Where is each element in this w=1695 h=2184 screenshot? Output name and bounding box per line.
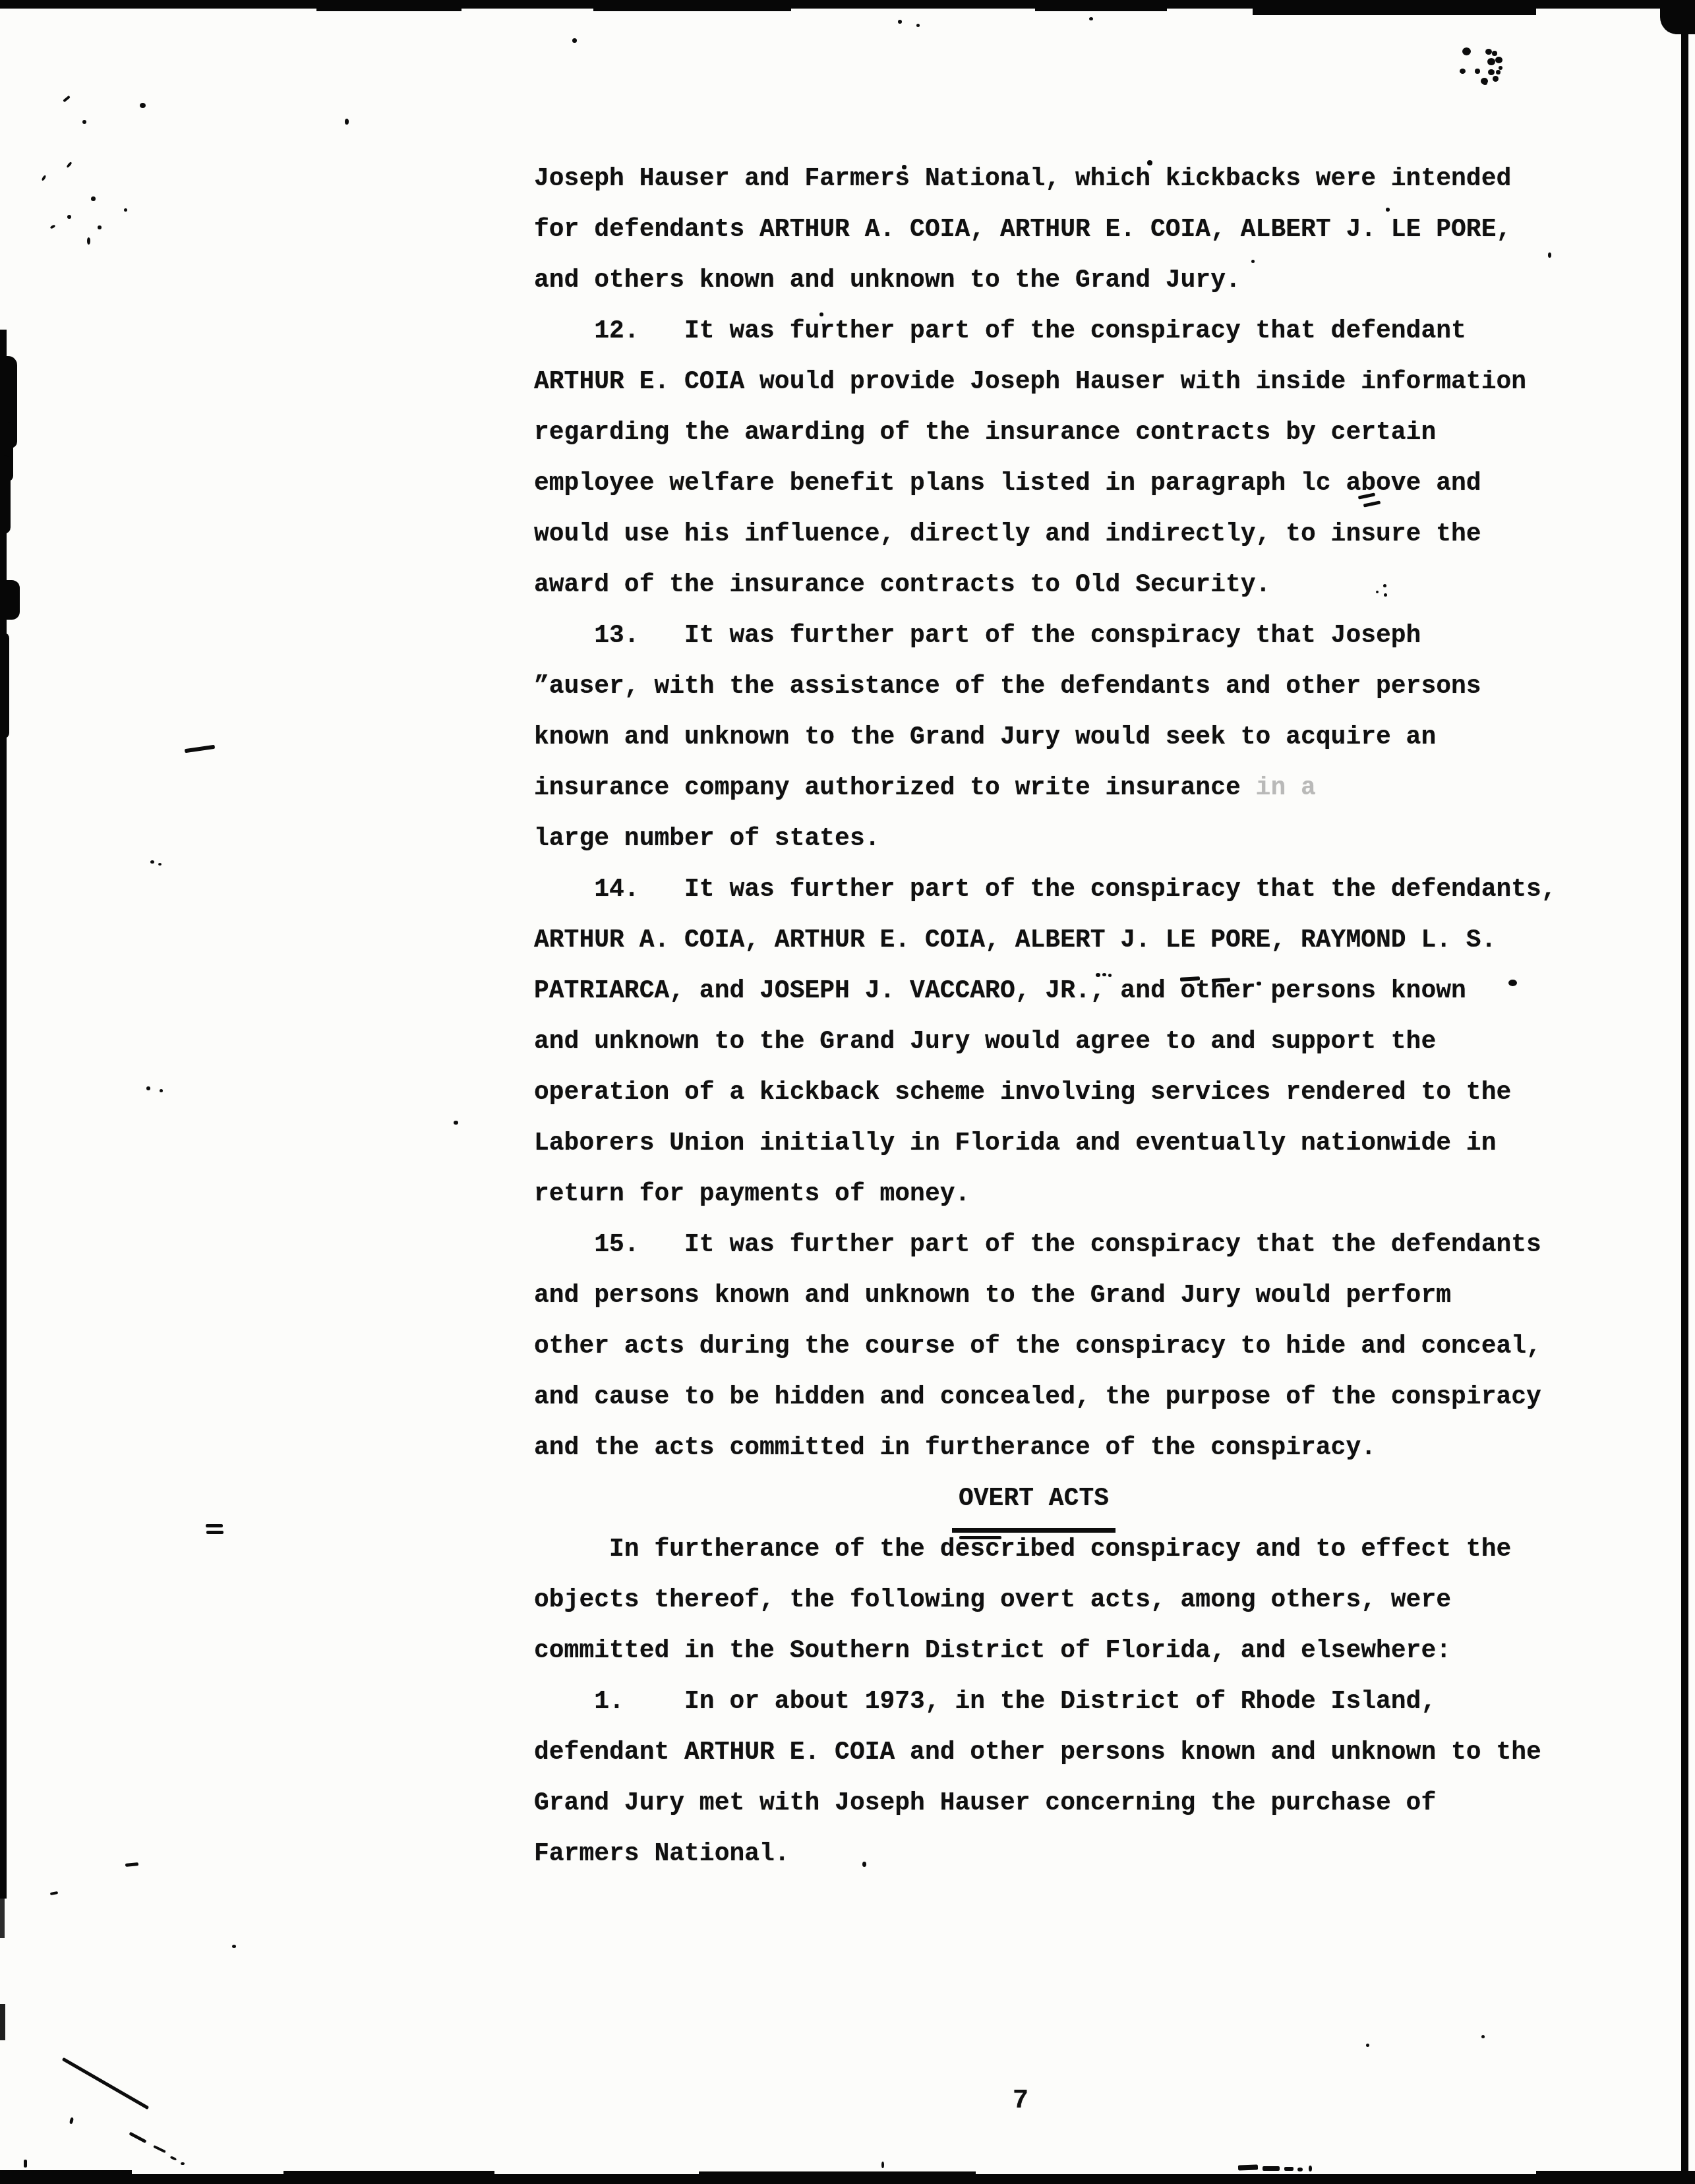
scan-speck <box>1499 66 1502 70</box>
scan-speck <box>181 2162 185 2165</box>
scan-edge-top-blob <box>316 5 461 11</box>
text-line: and others known and unknown to the Gran… <box>534 255 1589 306</box>
scan-speck <box>1481 78 1488 84</box>
scan-speck <box>1485 49 1492 55</box>
scan-speck <box>1475 69 1480 74</box>
scan-speck <box>1481 2035 1485 2038</box>
text-line: defendant ARTHUR E. COIA and other perso… <box>534 1727 1589 1778</box>
text-line-content: award of the insurance contracts to Old … <box>534 571 1270 599</box>
scan-speck <box>1493 76 1499 82</box>
text-line-content: and unknown to the Grand Jury would agre… <box>534 1028 1436 1056</box>
scan-edge-left-tail <box>0 2004 5 2040</box>
text-line-content: Farmers National. <box>534 1840 790 1868</box>
text-line-content: PATRIARCA, and JOSEPH J. VACCARO, JR., a… <box>534 977 1466 1005</box>
text-line: insurance company authorized to write in… <box>534 763 1589 813</box>
scan-speck <box>572 38 577 43</box>
text-line: known and unknown to the Grand Jury woul… <box>534 712 1589 763</box>
scan-speck <box>24 2160 27 2168</box>
scan-speck <box>50 1891 59 1895</box>
scan-edge-top-corner <box>1660 7 1695 34</box>
scan-speck <box>206 1524 223 1527</box>
scan-speck <box>898 20 902 24</box>
scan-edge-left-blob <box>0 455 11 534</box>
text-line: In furtherance of the described conspira… <box>534 1524 1589 1575</box>
text-line-content: large number of states. <box>534 825 880 853</box>
text-line: operation of a kickback scheme involving… <box>534 1067 1589 1118</box>
scan-edge-left-blob <box>5 580 20 620</box>
text-line: PATRIARCA, and JOSEPH J. VACCARO, JR., a… <box>534 966 1589 1017</box>
text-line: large number of states. <box>534 813 1589 864</box>
text-line-content: and others known and unknown to the Gran… <box>534 266 1241 295</box>
scan-speck <box>1488 69 1495 75</box>
faded-text: in a <box>1256 774 1316 802</box>
scan-speck <box>1263 2166 1280 2171</box>
scan-speck <box>63 96 71 103</box>
text-line: Grand Jury met with Joseph Hauser concer… <box>534 1778 1589 1829</box>
text-line-content: return for payments of money. <box>534 1180 970 1208</box>
text-line-content: and cause to be hidden and concealed, th… <box>534 1383 1541 1411</box>
text-line: regarding the awarding of the insurance … <box>534 407 1589 458</box>
scan-speck <box>1297 2168 1303 2171</box>
scan-speck <box>98 225 102 229</box>
text-line: return for payments of money. <box>534 1169 1589 1220</box>
scan-speck <box>67 215 71 219</box>
text-line: other acts during the course of the cons… <box>534 1321 1589 1372</box>
scan-speck <box>1238 2164 1258 2170</box>
scan-edge-bottom-blob <box>1536 2171 1695 2177</box>
text-line-content: operation of a kickback scheme involving… <box>534 1078 1511 1107</box>
text-line-content: known and unknown to the Grand Jury woul… <box>534 723 1436 752</box>
page-number: 7 <box>1013 2088 1028 2115</box>
scan-speck <box>881 2162 884 2168</box>
text-line: committed in the Southern District of Fl… <box>534 1626 1589 1676</box>
text-line-content: Laborers Union initially in Florida and … <box>534 1129 1496 1158</box>
text-line: 12. It was further part of the conspirac… <box>534 306 1589 357</box>
scan-edge-left-streak <box>0 330 7 1899</box>
scan-speck <box>124 208 127 212</box>
text-line-content: Grand Jury met with Joseph Hauser concer… <box>534 1789 1436 1817</box>
scan-speck <box>91 196 96 201</box>
text-line: would use his influence, directly and in… <box>534 509 1589 560</box>
text-line-content: Joseph Hauser and Farmers National, whic… <box>534 165 1511 193</box>
scan-speck <box>232 1945 236 1948</box>
text-line-content: ”auser, with the assistance of the defen… <box>534 672 1481 701</box>
scan-speck <box>206 1531 223 1534</box>
scan-speck <box>50 224 56 229</box>
text-line: award of the insurance contracts to Old … <box>534 560 1589 610</box>
text-line: 14. It was further part of the conspirac… <box>534 864 1589 915</box>
text-line-content: 13. It was further part of the conspirac… <box>534 622 1421 650</box>
scan-edge-top-blob <box>593 6 791 11</box>
text-line-content: objects thereof, the following overt act… <box>534 1586 1451 1614</box>
text-line: Joseph Hauser and Farmers National, whic… <box>534 154 1589 204</box>
text-line-content: 12. It was further part of the conspirac… <box>534 317 1466 345</box>
text-line-content: 1. In or about 1973, in the District of … <box>534 1688 1436 1716</box>
text-line: objects thereof, the following overt act… <box>534 1575 1589 1626</box>
text-line-content: other acts during the course of the cons… <box>534 1332 1541 1361</box>
text-line: and cause to be hidden and concealed, th… <box>534 1372 1589 1423</box>
scan-speck <box>69 2117 74 2125</box>
scan-edge-top-blob <box>1253 4 1536 15</box>
scan-speck <box>1462 47 1471 55</box>
scanned-page: Joseph Hauser and Farmers National, whic… <box>0 0 1695 2184</box>
text-line: Farmers National. <box>534 1829 1589 1879</box>
scan-speck <box>66 162 72 168</box>
scan-speck <box>345 119 349 125</box>
scan-speck <box>1487 58 1495 65</box>
text-line: 13. It was further part of the conspirac… <box>534 610 1589 661</box>
scan-speck <box>1483 80 1487 85</box>
scan-speck <box>1284 2167 1294 2171</box>
scan-edge-bottom-blob <box>0 2170 132 2177</box>
text-line: employee welfare benefit plans listed in… <box>534 458 1589 509</box>
text-line-content: regarding the awarding of the insurance … <box>534 419 1436 447</box>
scan-edge-bottom-blob <box>699 2171 976 2177</box>
text-line-content: and persons known and unknown to the Gra… <box>534 1282 1451 1310</box>
text-line-content: defendant ARTHUR E. COIA and other perso… <box>534 1738 1541 1767</box>
scan-speck <box>42 175 47 181</box>
scan-speck <box>1089 17 1093 20</box>
text-line: for defendants ARTHUR A. COIA, ARTHUR E.… <box>534 204 1589 255</box>
scan-speck <box>916 24 920 27</box>
text-line-content: ARTHUR E. COIA would provide Joseph Haus… <box>534 368 1526 396</box>
document-body-text: Joseph Hauser and Farmers National, whic… <box>534 154 1589 1879</box>
scan-edge-left-blob <box>0 633 9 738</box>
text-line-content: In furtherance of the described conspira… <box>534 1535 1511 1564</box>
text-line: 15. It was further part of the conspirac… <box>534 1220 1589 1270</box>
text-line-content: 14. It was further part of the conspirac… <box>534 875 1557 904</box>
text-line: ”auser, with the assistance of the defen… <box>534 661 1589 712</box>
text-line: and the acts committed in furtherance of… <box>534 1423 1589 1473</box>
text-line: and unknown to the Grand Jury would agre… <box>534 1017 1589 1067</box>
scan-speck <box>82 120 86 124</box>
scan-speck <box>146 1086 150 1090</box>
scan-speck <box>454 1121 458 1125</box>
text-line: and persons known and unknown to the Gra… <box>534 1270 1589 1321</box>
scan-speck <box>185 745 215 753</box>
scan-speck <box>1496 70 1501 74</box>
text-line: ARTHUR A. COIA, ARTHUR E. COIA, ALBERT J… <box>534 915 1589 966</box>
scan-edge-left-tail <box>0 1899 5 1938</box>
scan-speck <box>1309 2166 1312 2171</box>
scan-edge-right <box>1681 17 1688 2174</box>
section-heading: OVERT ACTS <box>534 1473 1589 1524</box>
scan-edge-top-blob <box>1035 5 1167 11</box>
scan-speck <box>140 103 146 108</box>
scan-speck <box>153 2145 166 2153</box>
text-line: ARTHUR E. COIA would provide Joseph Haus… <box>534 357 1589 407</box>
scan-speck <box>170 2156 177 2161</box>
scan-speck <box>87 237 90 245</box>
scan-speck <box>129 2132 146 2144</box>
scan-speck <box>158 863 162 866</box>
text-line-content: employee welfare benefit plans listed in… <box>534 469 1481 498</box>
text-line-content: 15. It was further part of the conspirac… <box>534 1231 1541 1259</box>
scan-speck <box>1495 57 1502 63</box>
text-line-content: ARTHUR A. COIA, ARTHUR E. COIA, ALBERT J… <box>534 926 1496 955</box>
scan-speck <box>150 860 154 864</box>
scan-speck <box>125 1862 138 1867</box>
text-line: 1. In or about 1973, in the District of … <box>534 1676 1589 1727</box>
scan-edge-bottom-blob <box>283 2171 494 2177</box>
text-line-content: and the acts committed in furtherance of… <box>534 1434 1376 1462</box>
text-line-content: insurance company authorized to write in… <box>534 774 1256 802</box>
scan-speck <box>1492 51 1497 56</box>
scan-speck <box>62 2057 149 2110</box>
text-line-content: committed in the Southern District of Fl… <box>534 1637 1451 1665</box>
scan-speck <box>1366 2044 1369 2047</box>
text-line: Laborers Union initially in Florida and … <box>534 1118 1589 1169</box>
text-line-content: for defendants ARTHUR A. COIA, ARTHUR E.… <box>534 216 1511 244</box>
text-line-content: would use his influence, directly and in… <box>534 520 1481 548</box>
scan-speck <box>160 1089 163 1092</box>
scan-speck <box>1460 69 1466 74</box>
